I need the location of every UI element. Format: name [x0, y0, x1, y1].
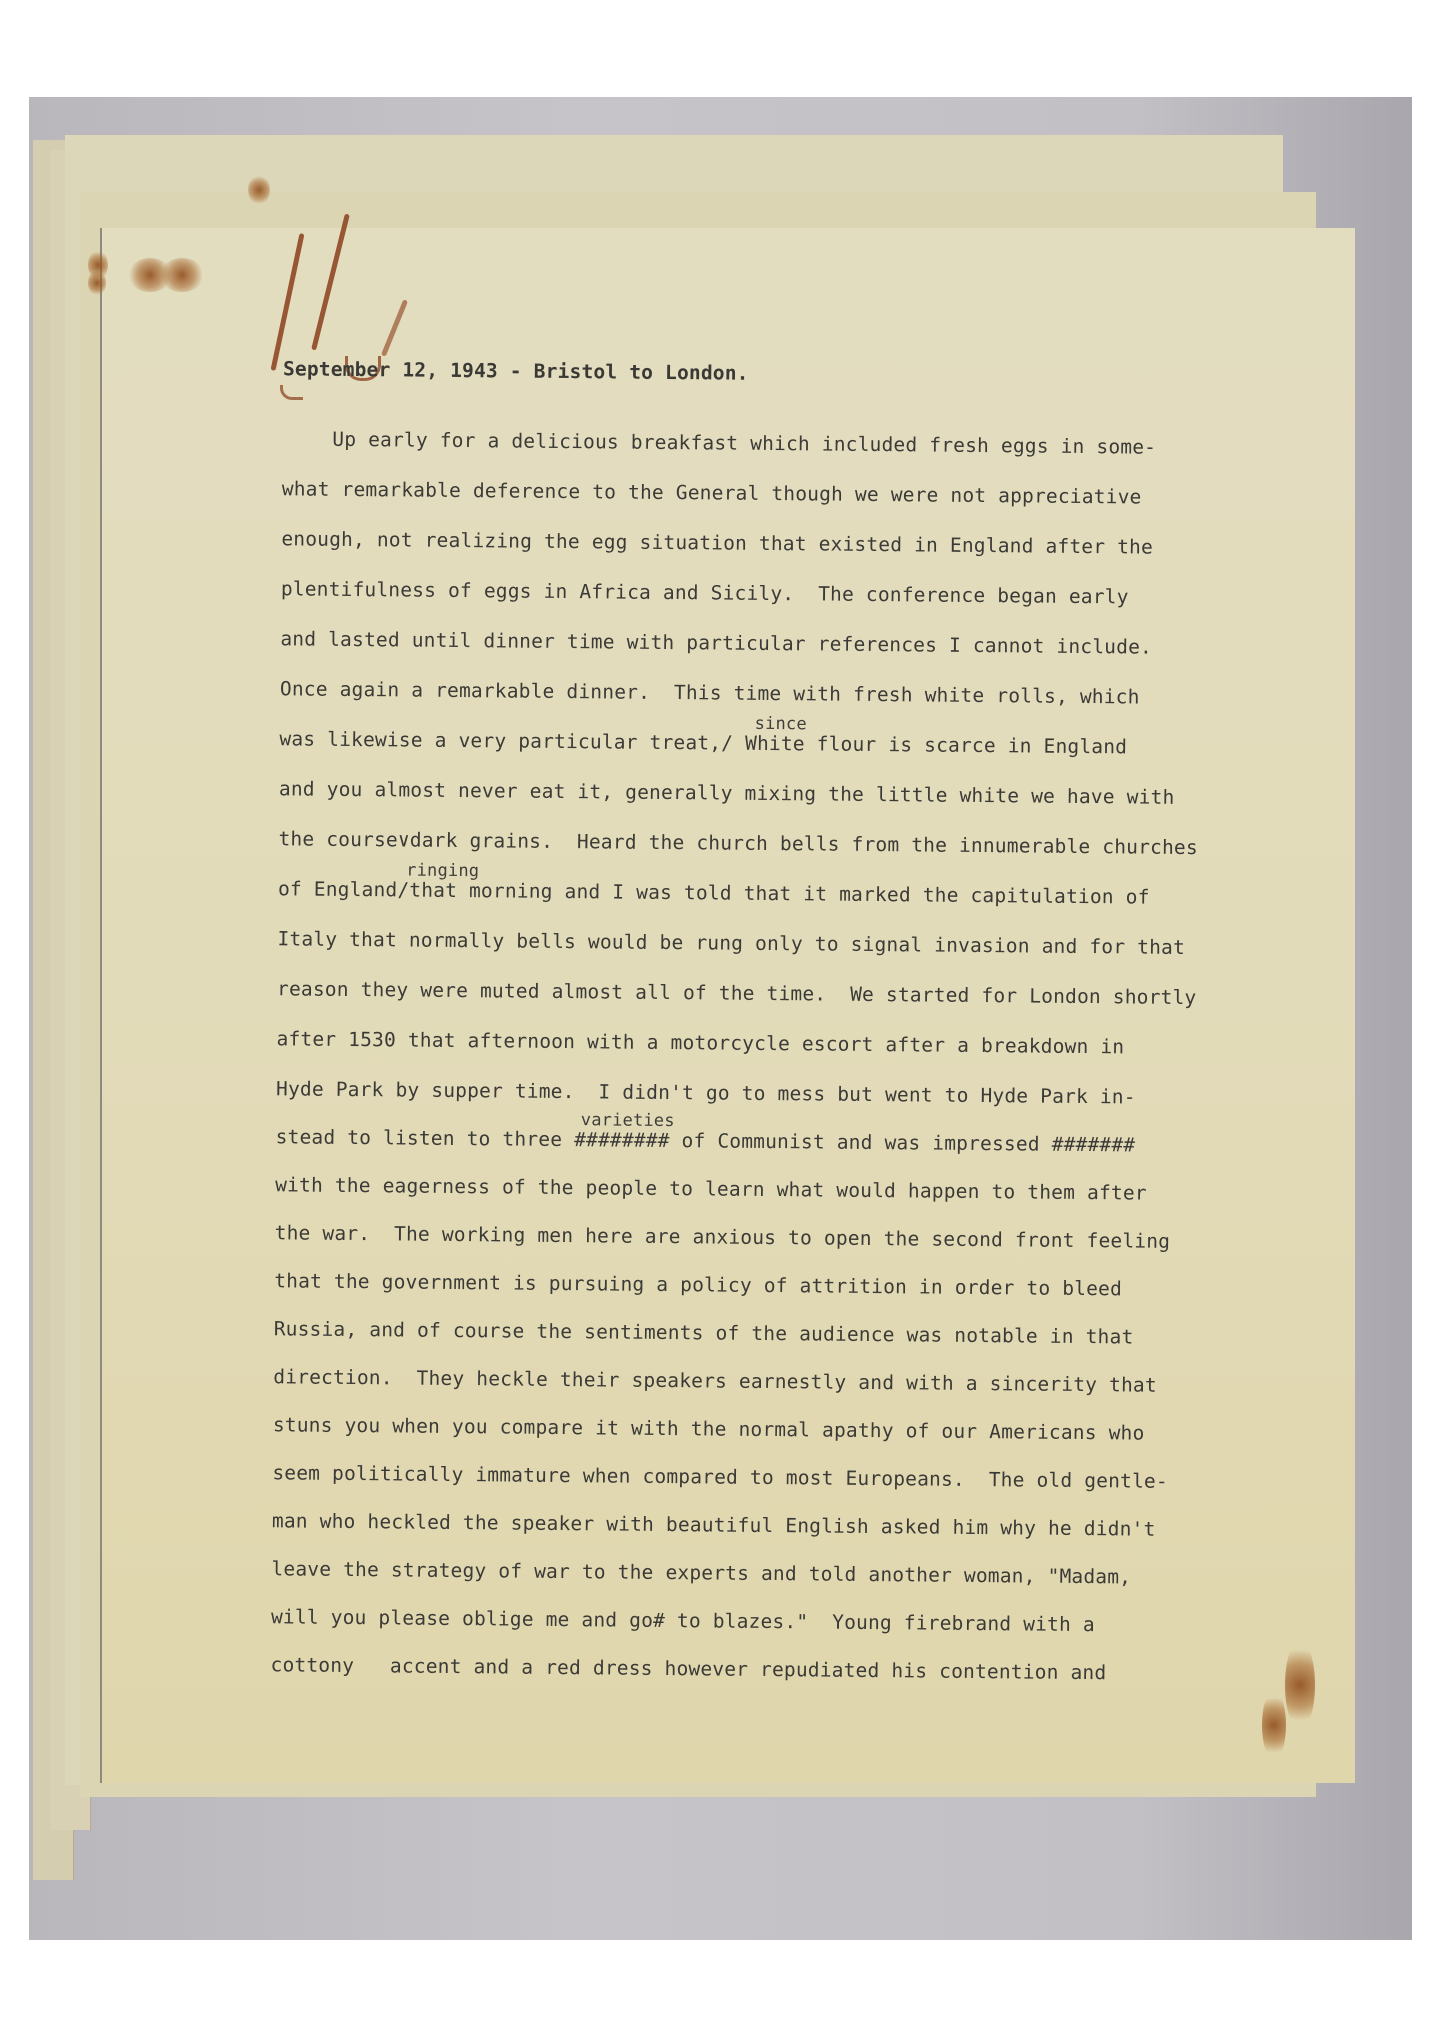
document-title: September 12, 1943 - Bristol to London.	[283, 357, 749, 384]
rust-stain-icon	[1262, 1690, 1286, 1760]
rust-stain-icon	[1285, 1640, 1315, 1730]
rust-stain-icon	[248, 175, 270, 205]
rust-stain-icon	[88, 270, 106, 296]
typed-text-body: September 12, 1943 - Bristol to London. …	[287, 0, 1367, 8]
rust-stain-icon	[160, 258, 204, 292]
